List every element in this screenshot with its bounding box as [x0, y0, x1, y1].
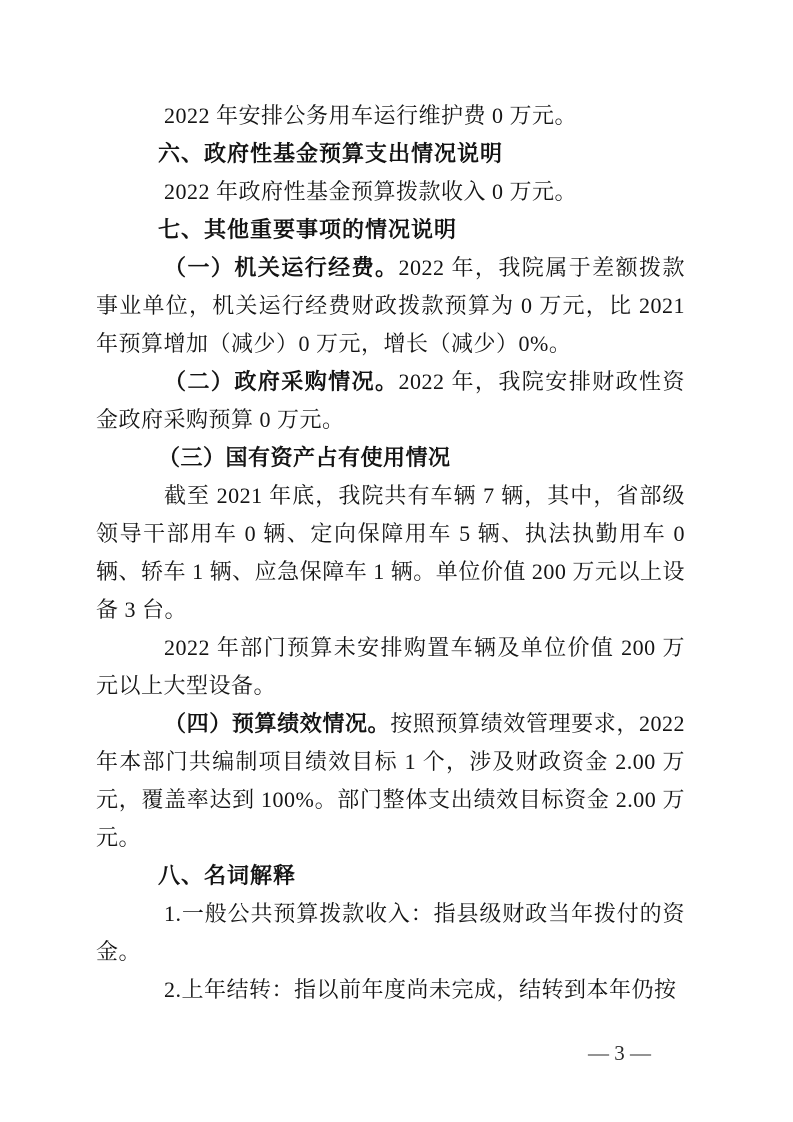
section-heading: 八、名词解释 [96, 857, 685, 895]
body-paragraph: 2022 年部门预算未安排购置车辆及单位价值 200 万元以上大型设备。 [96, 629, 685, 705]
body-paragraph: 2022 年政府性基金预算拨款收入 0 万元。 [96, 173, 685, 211]
page-number: — 3 — [588, 1038, 651, 1068]
body-paragraph: （二）政府采购情况。2022 年，我院安排财政性资金政府采购预算 0 万元。 [96, 363, 685, 439]
document-body: 2022 年安排公务用车运行维护费 0 万元。六、政府性基金预算支出情况说明20… [96, 97, 685, 1009]
body-paragraph: 2.上年结转：指以前年度尚未完成，结转到本年仍按 [96, 971, 685, 1009]
body-paragraph: （一）机关运行经费。2022 年，我院属于差额拨款事业单位，机关运行经费财政拨款… [96, 249, 685, 363]
section-heading: 六、政府性基金预算支出情况说明 [96, 135, 685, 173]
body-paragraph: （四）预算绩效情况。按照预算绩效管理要求，2022 年本部门共编制项目绩效目标 … [96, 705, 685, 857]
body-paragraph: 2022 年安排公务用车运行维护费 0 万元。 [96, 97, 685, 135]
paragraph-lead: （四）预算绩效情况。 [164, 711, 390, 736]
section-heading: 七、其他重要事项的情况说明 [96, 211, 685, 249]
paragraph-lead: （二）政府采购情况。 [164, 369, 399, 394]
document-page: 2022 年安排公务用车运行维护费 0 万元。六、政府性基金预算支出情况说明20… [0, 0, 793, 1122]
body-paragraph: 截至 2021 年底，我院共有车辆 7 辆，其中，省部级领导干部用车 0 辆、定… [96, 477, 685, 629]
body-paragraph: 1.一般公共预算拨款收入：指县级财政当年拨付的资金。 [96, 895, 685, 971]
paragraph-lead: （一）机关运行经费。 [164, 255, 399, 280]
sub-heading: （三）国有资产占有使用情况 [96, 439, 685, 477]
